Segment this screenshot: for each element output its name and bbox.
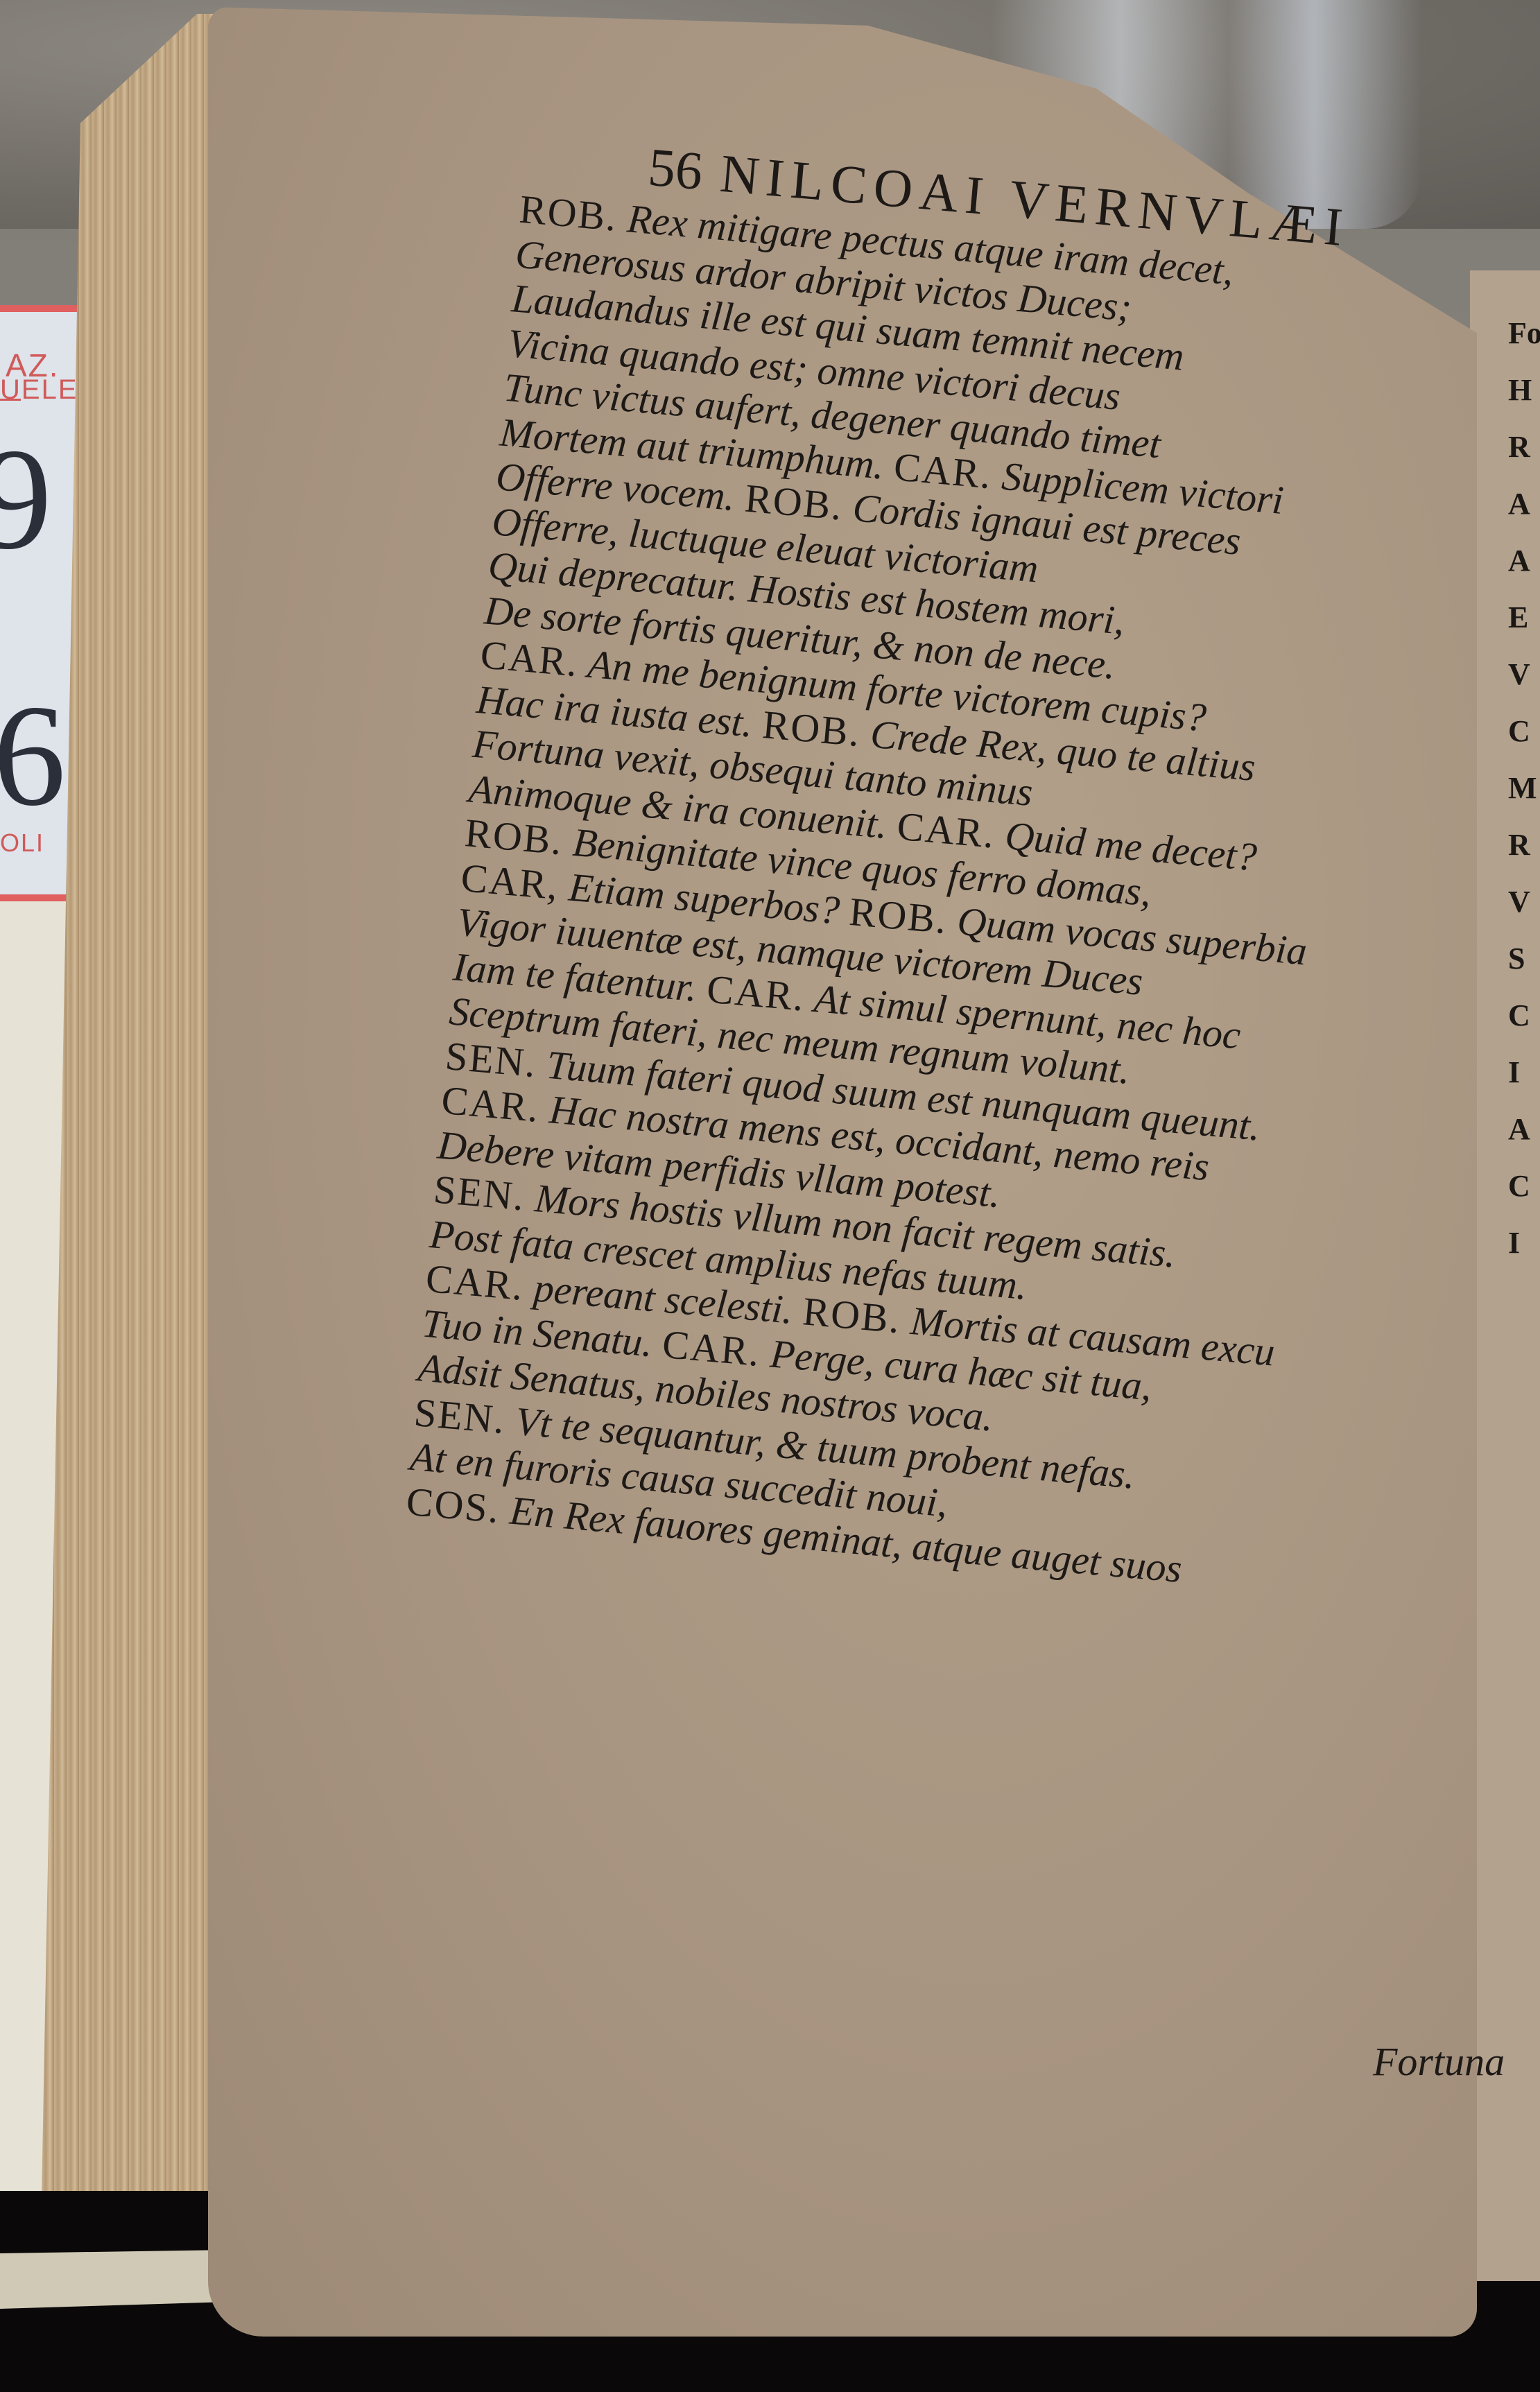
- edge-letter: V: [1508, 646, 1540, 703]
- edge-letter: I: [1508, 1215, 1540, 1272]
- catchword: Fortuna: [1373, 2038, 1505, 2085]
- edge-letter: S: [1508, 930, 1540, 987]
- edge-letter: A: [1508, 1101, 1540, 1158]
- edge-letter: Fo: [1508, 305, 1540, 362]
- edge-letter: I: [1508, 1044, 1540, 1101]
- edge-letter: E: [1508, 589, 1540, 646]
- page-text-block: 56NILCOAI VERNVLÆI ROB. Rex mitigare pec…: [405, 125, 1494, 1608]
- facing-page-edge-letters: Fo H R A A E V C M R V S C I A C I: [1508, 305, 1540, 1272]
- page-number: 56: [646, 137, 705, 201]
- shelf-label-number-1: 9: [0, 416, 52, 583]
- speaker-label: SEN.: [444, 1032, 539, 1085]
- edge-letter: R: [1508, 817, 1540, 874]
- edge-letter: A: [1508, 532, 1540, 589]
- edge-letter: A: [1508, 476, 1540, 532]
- edge-letter: C: [1508, 987, 1540, 1044]
- edge-letter: C: [1508, 1158, 1540, 1215]
- edge-letter: M: [1508, 760, 1540, 817]
- shelf-label-line5: OLI: [0, 829, 44, 858]
- shelf-label-number-2: 6: [0, 673, 66, 840]
- shelf-label-rule: [0, 399, 21, 401]
- verse-lines: ROB. Rex mitigare pectus atque iram dece…: [405, 187, 1489, 1609]
- speaker-label: SEN.: [432, 1166, 527, 1219]
- speaker-label: COS.: [405, 1478, 502, 1532]
- edge-letter: C: [1508, 703, 1540, 760]
- speaker-label: SEN.: [413, 1389, 508, 1442]
- edge-letter: H: [1508, 362, 1540, 419]
- edge-letter: R: [1508, 419, 1540, 476]
- edge-letter: V: [1508, 874, 1540, 930]
